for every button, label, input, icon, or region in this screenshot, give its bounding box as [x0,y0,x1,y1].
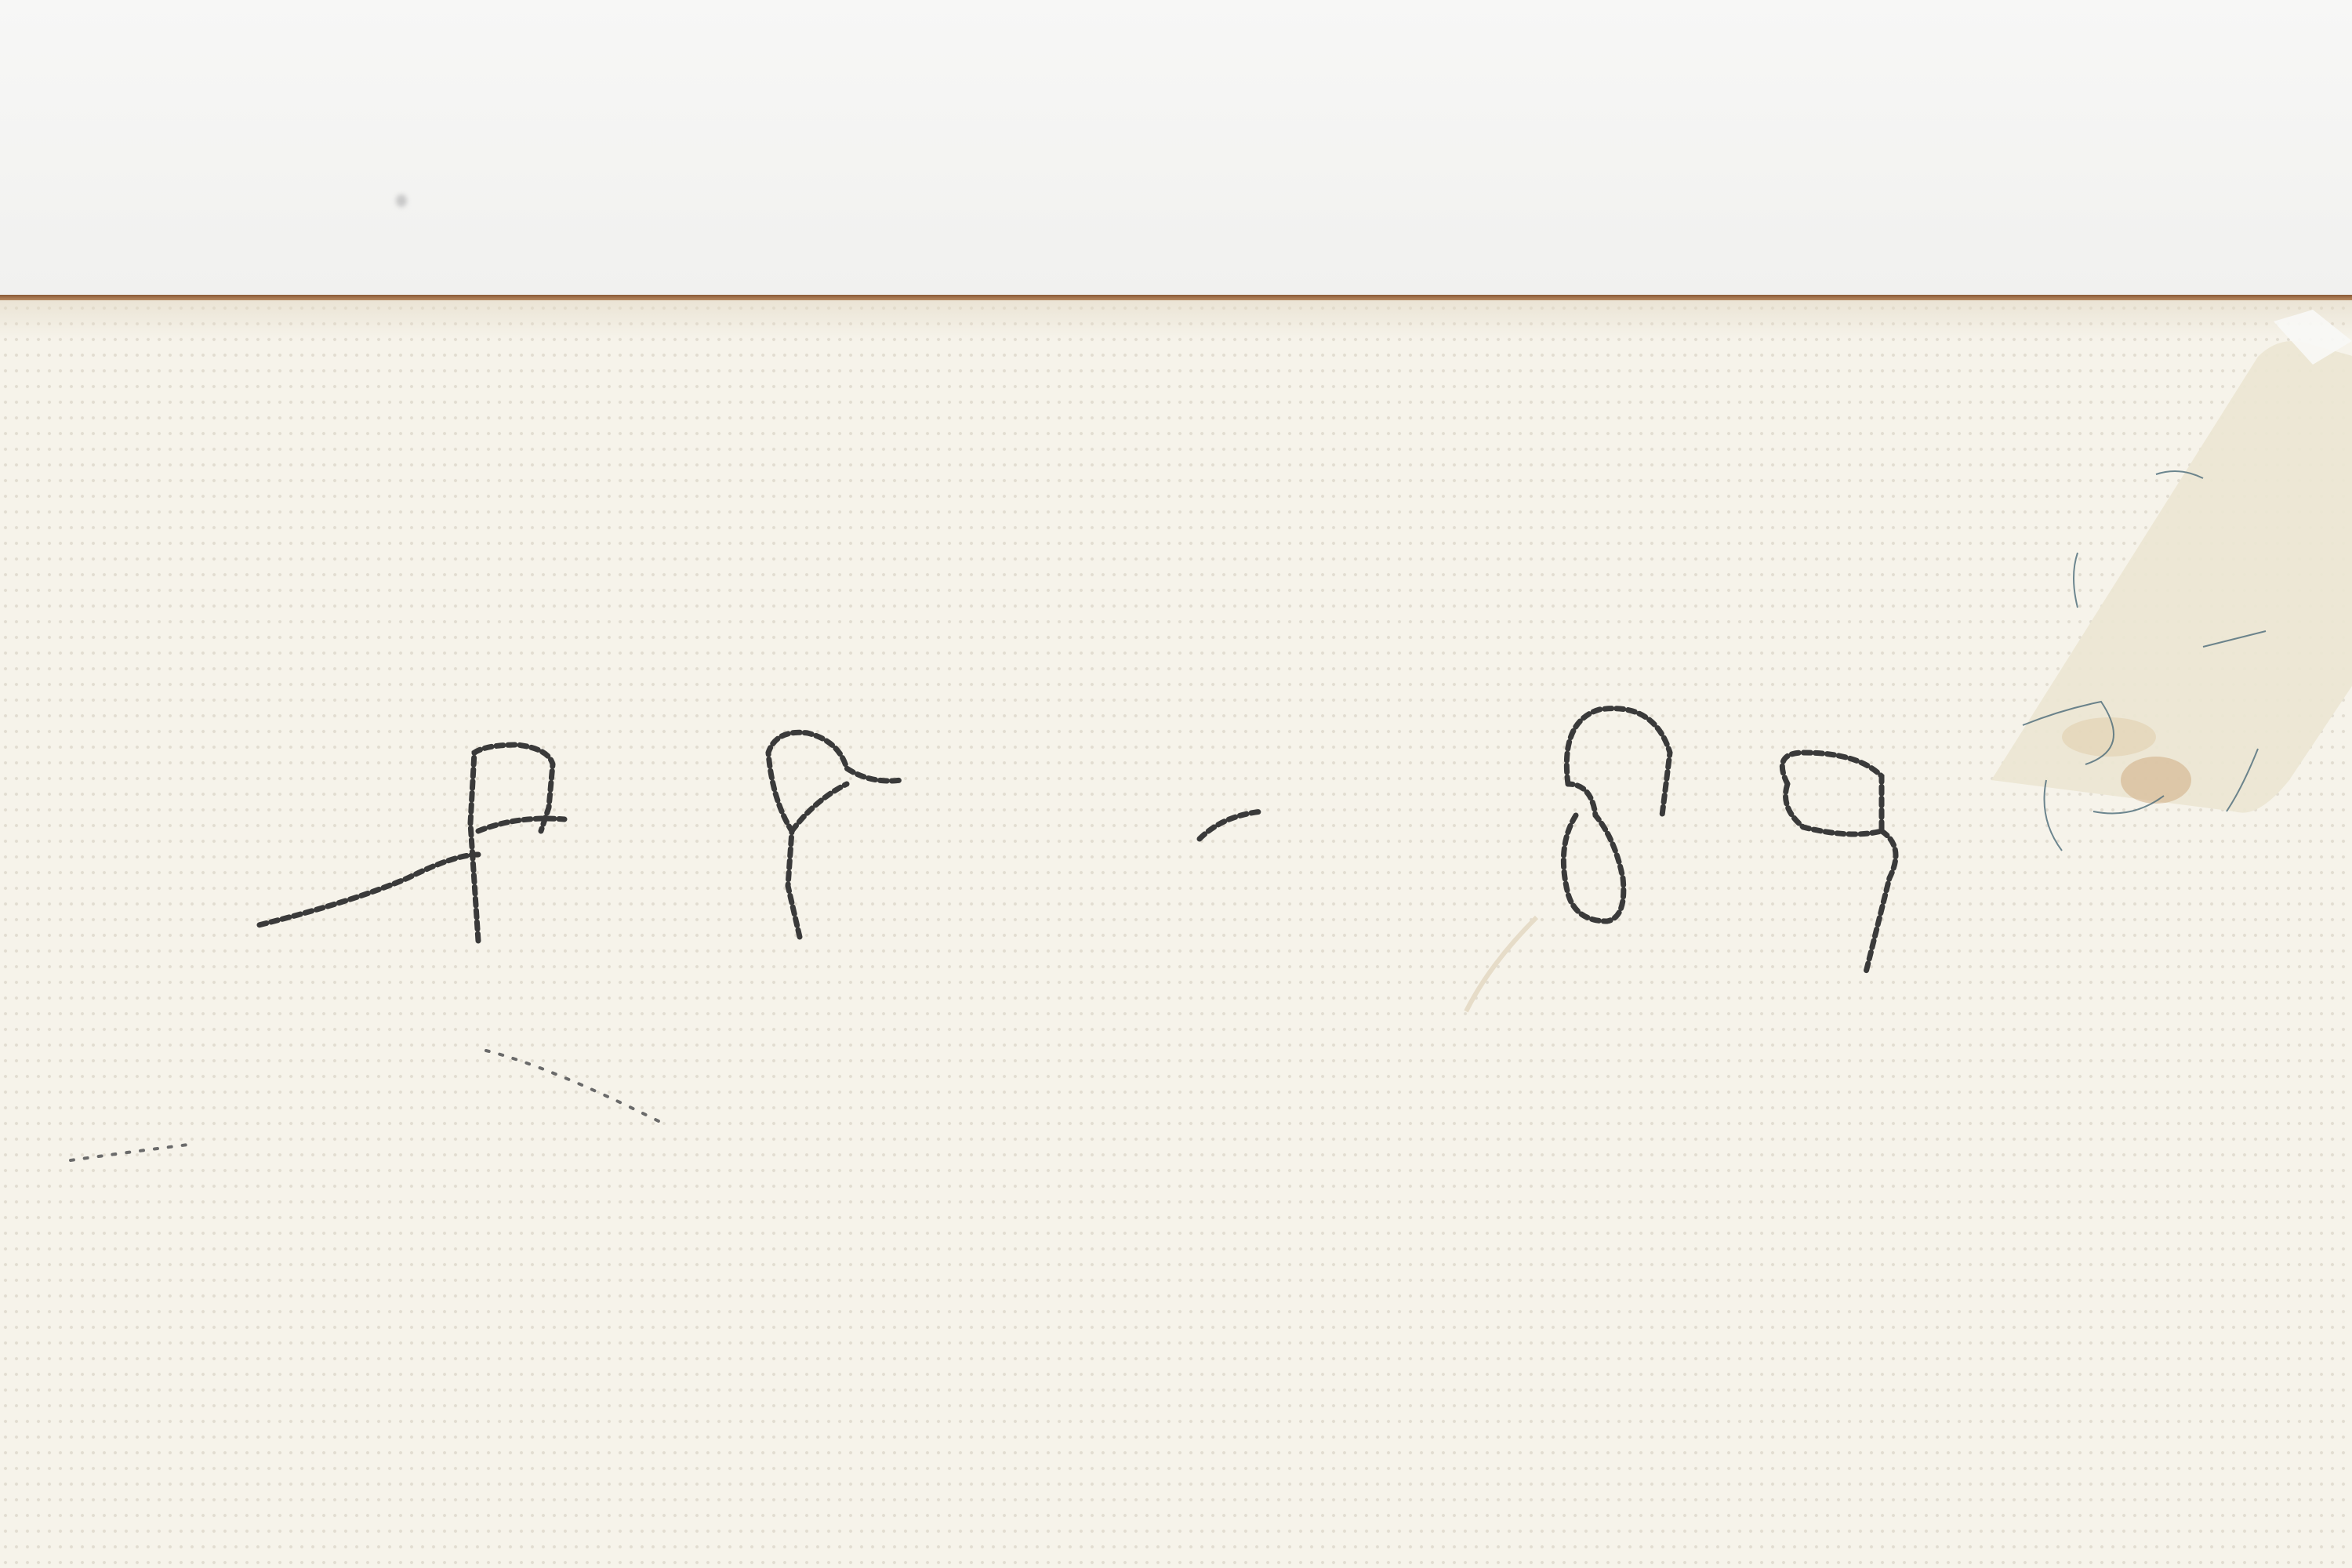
photo-scene: fr - 89 [0,0,2352,1568]
adhesive-tape [1944,310,2352,921]
canvas-edge [0,295,2352,300]
white-backdrop [0,0,2352,295]
dust-speck [396,194,407,207]
